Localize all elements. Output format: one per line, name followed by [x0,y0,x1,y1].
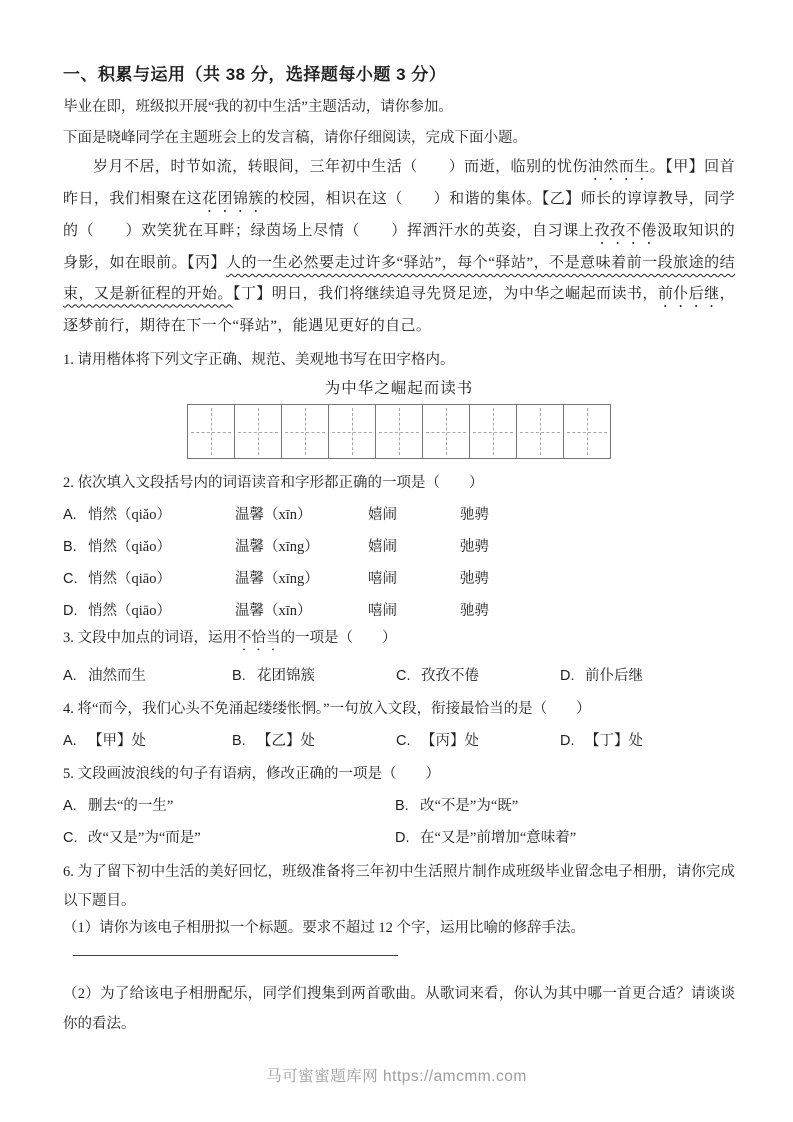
option-text: 【丁】处 [585,733,643,749]
option-label: A. [63,796,88,816]
question-1-stem: 1. 请用楷体将下列文字正确、规范、美观地书写在田字格内。 [63,350,735,371]
option-word: 温馨（xīng） [235,537,368,557]
q3-option-c: C.孜孜不倦 [396,666,560,686]
q4-option-d: D.【丁】处 [560,731,735,751]
q4-option-a: A.【甲】处 [63,731,232,751]
option-word: 悄然（qiǎo） [88,537,235,557]
question-6-stem: 6. 为了留下初中生活的美好回忆，班级准备将三年初中生活照片制作成班级毕业留念电… [63,858,735,916]
option-text: 【甲】处 [88,733,146,749]
option-word: 悄然（qiāo） [88,569,235,589]
q4-options-row: A.【甲】处 B.【乙】处 C.【丙】处 D.【丁】处 [63,731,735,751]
section-title: 一、积累与运用（共 38 分，选择题每小题 3 分） [63,60,735,85]
question-4-stem: 4. 将“而今，我们心头不免涌起缕缕怅惘。”一句放入文段，衔接最恰当的是（ ） [63,699,735,719]
intro-line-2: 下面是晓峰同学在主题班会上的发言稿，请你仔细阅读，完成下面小题。 [63,128,735,149]
option-text: 【乙】处 [257,733,315,749]
q3-option-b: B.花团锦簇 [232,666,396,686]
tianzige-writing-grid [187,404,611,459]
passage-segment-dots: 油然而生 [588,159,650,175]
q5-option-a: A.删去“的一生” [63,796,395,816]
question-5-stem: 5. 文段画波浪线的句子有语病，修改正确的一项是（ ） [63,764,735,784]
option-word: 嘻闹 [368,569,460,589]
option-label: C. [396,666,421,686]
option-label: A. [63,731,88,751]
option-word: 悄然（qiǎo） [88,505,235,525]
option-label: B. [232,731,257,751]
q2-option-row-a: A. 悄然（qiǎo） 温馨（xīn） 嬉闹 驰骋 [63,505,735,525]
option-label: A. [63,666,88,686]
option-word: 悄然（qiāo） [88,601,235,621]
q3-option-a: A.油然而生 [63,666,232,686]
option-text: 改“不是”为“既” [420,798,518,814]
passage-segment-dots: 花团锦簇 [202,191,264,207]
option-word: 驰骋 [460,505,489,525]
q2-option-row-b: B. 悄然（qiǎo） 温馨（xīng） 嬉闹 弛骋 [63,537,735,557]
option-word: 驰骋 [460,601,489,621]
paper-content: 一、积累与运用（共 38 分，选择题每小题 3 分） 毕业在即，班级拟开展“我的… [0,0,793,1039]
option-text: 油然而生 [88,668,146,684]
option-label: A. [63,505,88,525]
option-text: 花团锦簇 [257,668,315,684]
option-label: D. [63,601,88,621]
option-label: C. [63,569,88,589]
option-text: 删去“的一生” [88,798,173,814]
tianzige-cell [517,405,564,458]
intro-line-1: 毕业在即，班级拟开展“我的初中生活”主题活动，请你参加。 [63,97,735,118]
option-word: 嬉闹 [368,537,460,557]
option-word: 嬉闹 [368,505,460,525]
exam-paper-page: 一、积累与运用（共 38 分，选择题每小题 3 分） 毕业在即，班级拟开展“我的… [0,0,793,1122]
tianzige-cell [564,405,610,458]
option-word: 弛骋 [460,569,489,589]
reading-passage: 岁月不居，时节如流，转眼间，三年初中生活（ ）而逝，临别的忧伤油然而生。【甲】回… [63,152,735,341]
option-label: C. [396,731,421,751]
question-3-stem: 3. 文段中加点的词语，运用不恰当的一项是（ ） [63,628,735,654]
option-label: B. [63,537,88,557]
option-label: D. [395,828,420,848]
option-label: D. [560,731,585,751]
option-text: 前仆后继 [585,668,643,684]
option-text: 【丙】处 [421,733,479,749]
passage-segment-plain: 【丁】明日，我们将继续追寻先贤足迹，为中华之崛起而读书， [233,286,658,302]
option-text: 改“又是”为“而是” [88,830,201,846]
q5-option-d: D.在“又是”前增加“意味着” [395,828,735,848]
option-text: 孜孜不倦 [421,668,479,684]
passage-segment-dots: 孜孜不倦 [595,223,658,239]
tianzige-cell [329,405,376,458]
option-label: C. [63,828,88,848]
q6-subquestion-2: （2）为了给该电子相册配乐，同学们搜集到两首歌曲。从歌词来看，你认为其中哪一首更… [63,979,735,1039]
passage-segment-plain: 3. 文段中加点的词语，运用 [63,630,237,646]
passage-segment-dots: 不恰当 [237,630,281,646]
option-word: 温馨（xīn） [235,601,368,621]
tianzige-cell [376,405,423,458]
q2-option-row-c: C. 悄然（qiāo） 温馨（xīng） 嘻闹 弛骋 [63,569,735,589]
option-word: 温馨（xīn） [235,505,368,525]
q5-option-c: C.改“又是”为“而是” [63,828,395,848]
q4-option-c: C.【丙】处 [396,731,560,751]
q3-option-d: D.前仆后继 [560,666,735,686]
q2-option-row-d: D. 悄然（qiāo） 温馨（xīn） 嘻闹 驰骋 [63,601,735,621]
option-label: D. [560,666,585,686]
tianzige-cell [188,405,235,458]
tianzige-cell [423,405,470,458]
passage-segment-dots: 前仆后继 [658,286,720,302]
tianzige-cell [470,405,517,458]
question-2-stem: 2. 依次填入文段括号内的词语读音和字形都正确的一项是（ ） [63,473,735,493]
tianzige-cell [235,405,282,458]
option-word: 弛骋 [460,537,489,557]
calligraphy-phrase: 为中华之崛起而读书 [63,378,735,400]
passage-segment-plain: 的一项是（ ） [281,630,397,646]
answer-blank-line [73,955,398,956]
q6-subquestion-1: （1）请你为该电子相册拟一个标题。要求不超过 12 个字，运用比喻的修辞手法。 [63,918,735,938]
q3-options-row: A.油然而生 B.花团锦簇 C.孜孜不倦 D.前仆后继 [63,666,735,686]
q5-options-grid: A.删去“的一生” B.改“不是”为“既” C.改“又是”为“而是” D.在“又… [63,796,735,848]
tianzige-cell [282,405,329,458]
q5-option-b: B.改“不是”为“既” [395,796,735,816]
option-word: 温馨（xīng） [235,569,368,589]
watermark-site-footer: 马可蜜蜜题库网 https://amcmm.com [0,1064,793,1086]
option-text: 在“又是”前增加“意味着” [420,830,576,846]
option-word: 嘻闹 [368,601,460,621]
passage-segment-plain: 岁月不居，时节如流，转眼间，三年初中生活（ ）而逝，临别的忧伤 [93,159,588,175]
option-label: B. [232,666,257,686]
q4-option-b: B.【乙】处 [232,731,396,751]
option-label: B. [395,796,420,816]
